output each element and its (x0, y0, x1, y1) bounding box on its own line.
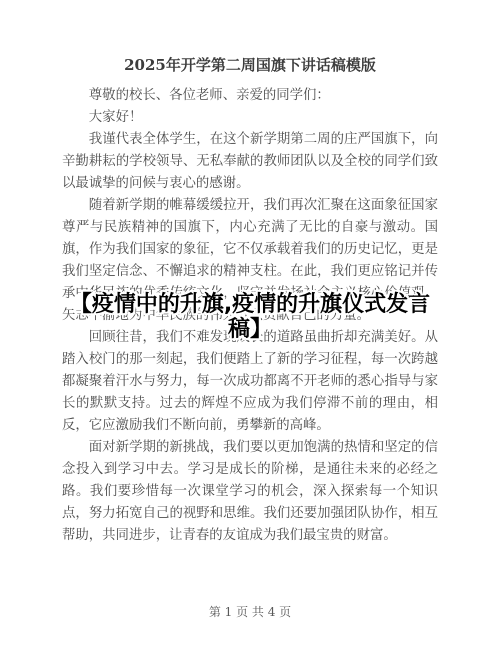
watermark-overlay-title: 【疫情中的升旗,疫情的升旗仪式发言 稿】 (0, 292, 500, 342)
overlay-text-line-2: 稿】 (0, 317, 500, 342)
document-page: 2025年开学第二周国旗下讲话稿模版 尊敬的校长、各位老师、亲爱的同学们： 大家… (0, 0, 500, 647)
paragraph-thanks: 我谨代表全体学生，在这个新学期第二周的庄严国旗下，向辛勤耕耘的学校领导、无私奉献… (62, 129, 438, 195)
document-title: 2025年开学第二周国旗下讲话稿模版 (0, 0, 500, 75)
overlay-text-line-1: 【疫情中的升旗,疫情的升旗仪式发言 (0, 292, 500, 317)
paragraph-challenge: 面对新学期的新挑战，我们要以更加饱满的热情和坚定的信念投入到学习中去。学习是成长… (62, 437, 438, 547)
salutation-line: 大家好！ (62, 107, 438, 129)
page-number: 第 1 页 共 4 页 (0, 603, 500, 620)
paragraph-review: 回顾往昔，我们不难发现成长的道路虽曲折却充满美好。从踏入校门的那一刻起，我们便踏… (62, 327, 438, 437)
greeting-line: 尊敬的校长、各位老师、亲爱的同学们： (62, 85, 438, 107)
